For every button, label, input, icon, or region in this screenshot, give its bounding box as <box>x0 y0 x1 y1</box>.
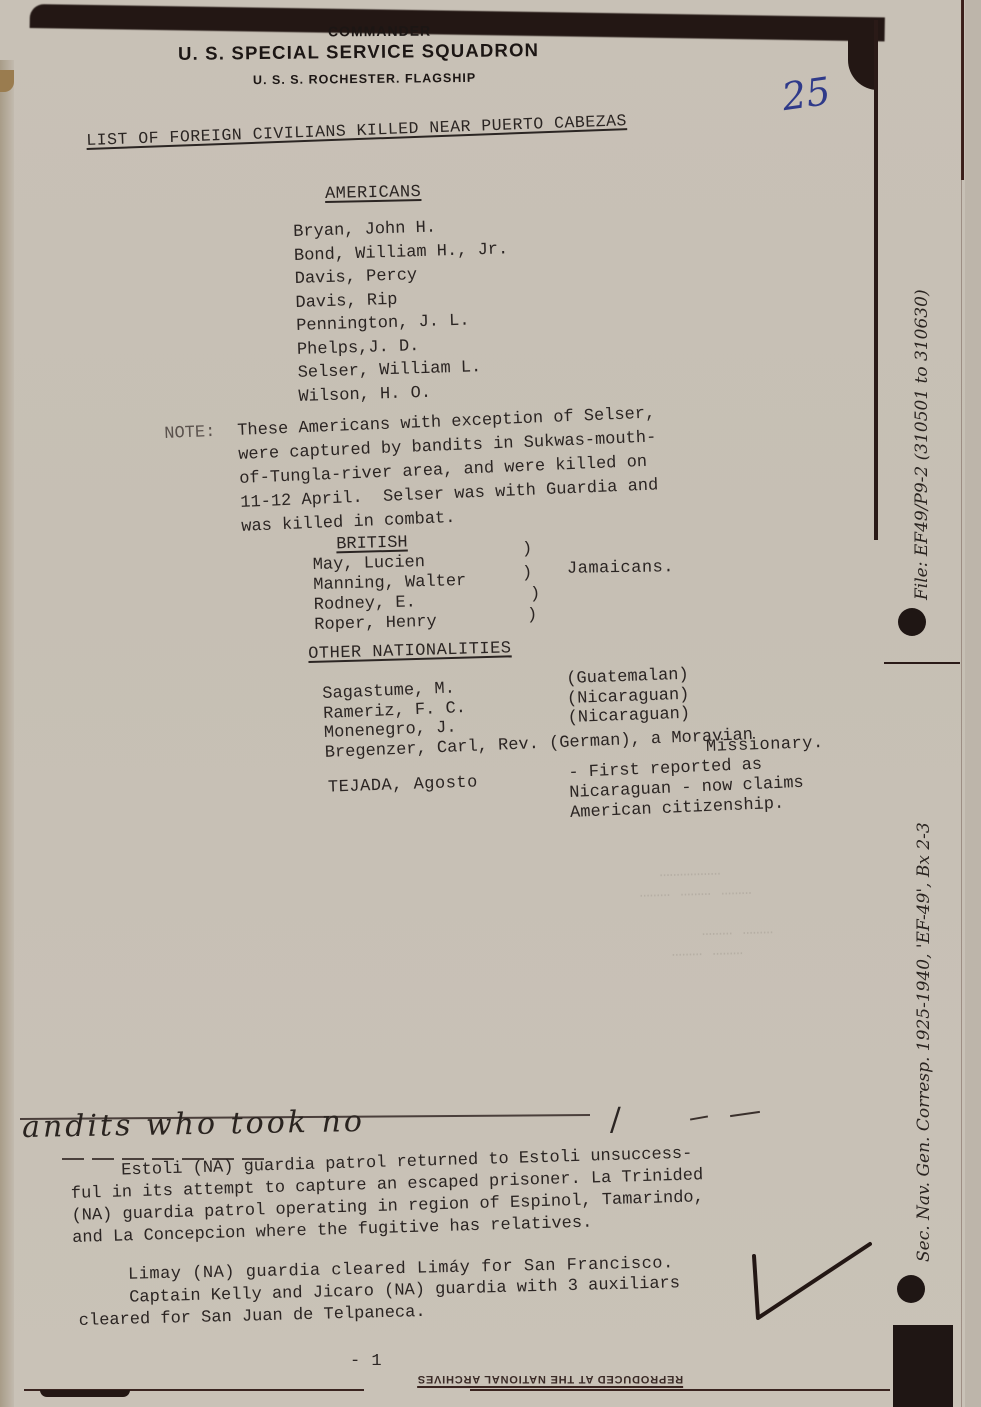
british-group-note: Jamaicans. <box>567 558 674 578</box>
heading-americans: AMERICANS <box>325 183 422 204</box>
missionary-continuation: Missionary. <box>706 734 824 757</box>
footer-rule <box>470 1389 890 1391</box>
copy-frame-right <box>874 20 878 540</box>
pen-stroke <box>690 1115 708 1120</box>
letterhead-commander: COMMANDER <box>328 23 431 40</box>
punch-hole-icon <box>898 608 926 636</box>
page-edge-shadow <box>0 60 14 1407</box>
letterhead-squadron: U. S. SPECIAL SERVICE SQUADRON <box>178 39 539 65</box>
bracket-icon: ) <box>522 564 532 583</box>
copy-frame-top <box>30 4 885 41</box>
heading-other-nationalities: OTHER NATIONALITIES <box>308 639 512 664</box>
note-block: NOTE:These Americans with exception of S… <box>164 404 660 544</box>
pen-stroke <box>730 1111 760 1117</box>
page-number: - 1 <box>350 1352 382 1371</box>
americans-list: Bryan, John H. Bond, William H., Jr. Dav… <box>293 216 513 411</box>
bracket-icon: ) <box>530 585 540 604</box>
note-label: NOTE: <box>164 422 238 444</box>
page-annotation: 25 <box>779 69 833 119</box>
bracket-icon: ) <box>522 540 532 559</box>
handwritten-strip: andits who took no <box>22 1104 365 1145</box>
document-page: COMMANDER U. S. SPECIAL SERVICE SQUADRON… <box>0 0 981 1407</box>
checkmark-icon <box>752 1232 872 1328</box>
nationality-column: (Guatemalan) (Nicaraguan) (Nicaraguan) <box>566 666 690 729</box>
archives-stamp: REPRODUCED AT THE NATIONAL ARCHIVES <box>417 1373 683 1388</box>
bleed-through-text: ……………… ……… ……… ……… ……… ……… ……… ……… <box>639 860 774 963</box>
handwritten-stroke: / <box>610 1100 621 1138</box>
margin-divider <box>884 662 960 664</box>
punch-hole-icon <box>897 1275 925 1303</box>
margin-series-reference: Sec. Nav. Gen. Corresp. 1925-1940, 'EF-4… <box>914 822 934 1262</box>
copy-smudge <box>40 1390 130 1397</box>
heading-british: BRITISH <box>336 534 408 555</box>
tejada-name: TEJADA, Agosto <box>328 773 478 797</box>
copy-frame-bottom <box>893 1325 953 1407</box>
adjacent-page-edge <box>965 0 981 1407</box>
tejada-note: - First reported as Nicaraguan - now cla… <box>568 754 805 824</box>
document-title: LIST OF FOREIGN CIVILIANS KILLED NEAR PU… <box>86 111 627 150</box>
letterhead-flagship: U. S. S. ROCHESTER. FLAGSHIP <box>253 71 476 87</box>
list-item: Roper, Henry <box>314 612 468 636</box>
report-paragraph: Estoli (NA) guardia patrol returned to E… <box>70 1144 705 1251</box>
margin-rule <box>961 0 962 1407</box>
british-list: BRITISH May, Lucien Manning, Walter Rodn… <box>312 532 468 636</box>
margin-file-reference: File: EF49/P9-2 (310501 to 310630) <box>912 289 932 600</box>
bracket-icon: ) <box>527 606 537 625</box>
